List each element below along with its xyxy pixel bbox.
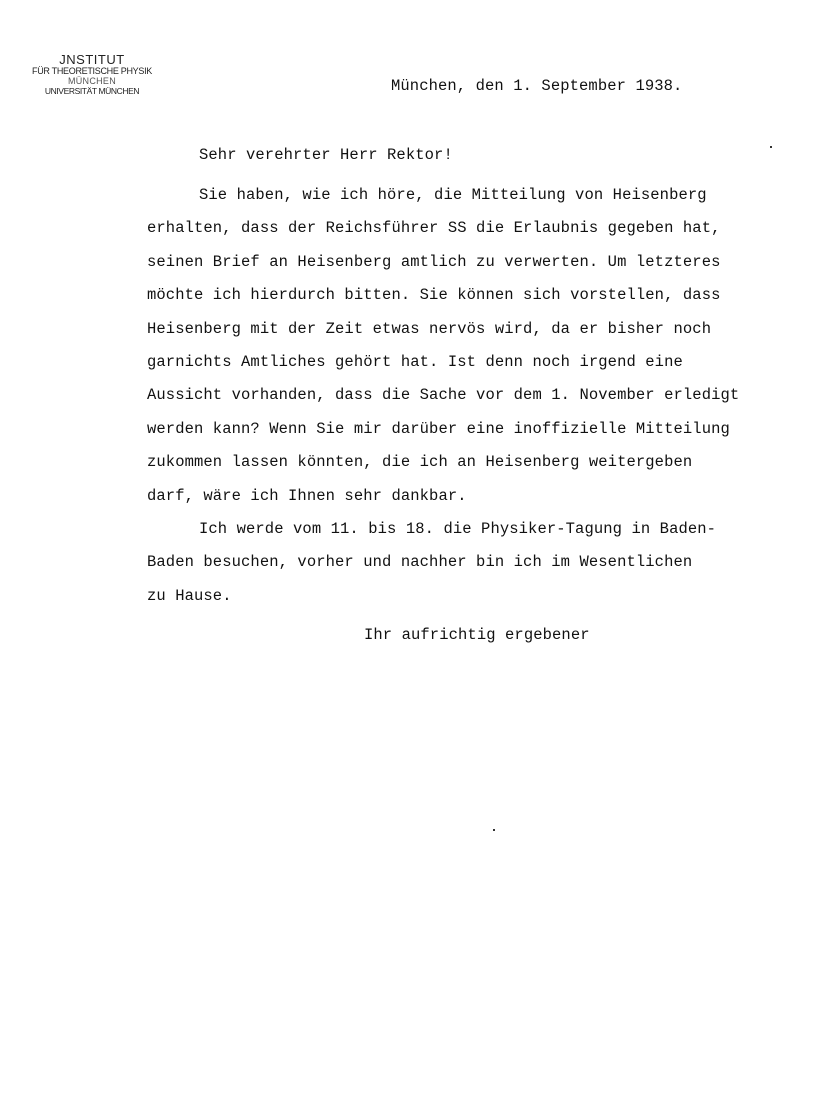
body-line: zu Hause. — [147, 587, 232, 605]
body-line: erhalten, dass der Reichsführer SS die E… — [147, 219, 721, 237]
body-line: Sie haben, wie ich höre, die Mitteilung … — [199, 186, 707, 204]
body-line: Heisenberg mit der Zeit etwas nervös wir… — [147, 320, 711, 338]
scan-speck — [493, 829, 495, 831]
letterhead-line-1: JNSTITUT — [22, 53, 162, 66]
letterhead-line-2: FÜR THEORETISCHE PHYSIK — [22, 67, 162, 76]
body-line: Baden besuchen, vorher und nachher bin i… — [147, 553, 692, 571]
body-line: garnichts Amtliches gehört hat. Ist denn… — [147, 353, 683, 371]
body-line: Aussicht vorhanden, dass die Sache vor d… — [147, 386, 739, 404]
institute-letterhead-stamp: JNSTITUT FÜR THEORETISCHE PHYSIK MÜNCHEN… — [22, 53, 162, 96]
body-line: seinen Brief an Heisenberg amtlich zu ve… — [147, 253, 721, 271]
dateline: München, den 1. September 1938. — [391, 77, 682, 95]
closing-phrase: Ihr aufrichtig ergebener — [364, 626, 590, 644]
body-line: möchte ich hierdurch bitten. Sie können … — [147, 286, 721, 304]
body-line: darf, wäre ich Ihnen sehr dankbar. — [147, 487, 467, 505]
body-line: zukommen lassen könnten, die ich an Heis… — [147, 453, 692, 471]
body-line: werden kann? Wenn Sie mir darüber eine i… — [147, 420, 730, 438]
salutation: Sehr verehrter Herr Rektor! — [199, 146, 453, 164]
letterhead-line-3: MÜNCHEN — [22, 77, 162, 86]
body-line: Ich werde vom 11. bis 18. die Physiker-T… — [199, 520, 716, 538]
scan-speck — [770, 146, 772, 148]
letterhead-line-4: UNIVERSITÄT MÜNCHEN — [22, 87, 162, 96]
